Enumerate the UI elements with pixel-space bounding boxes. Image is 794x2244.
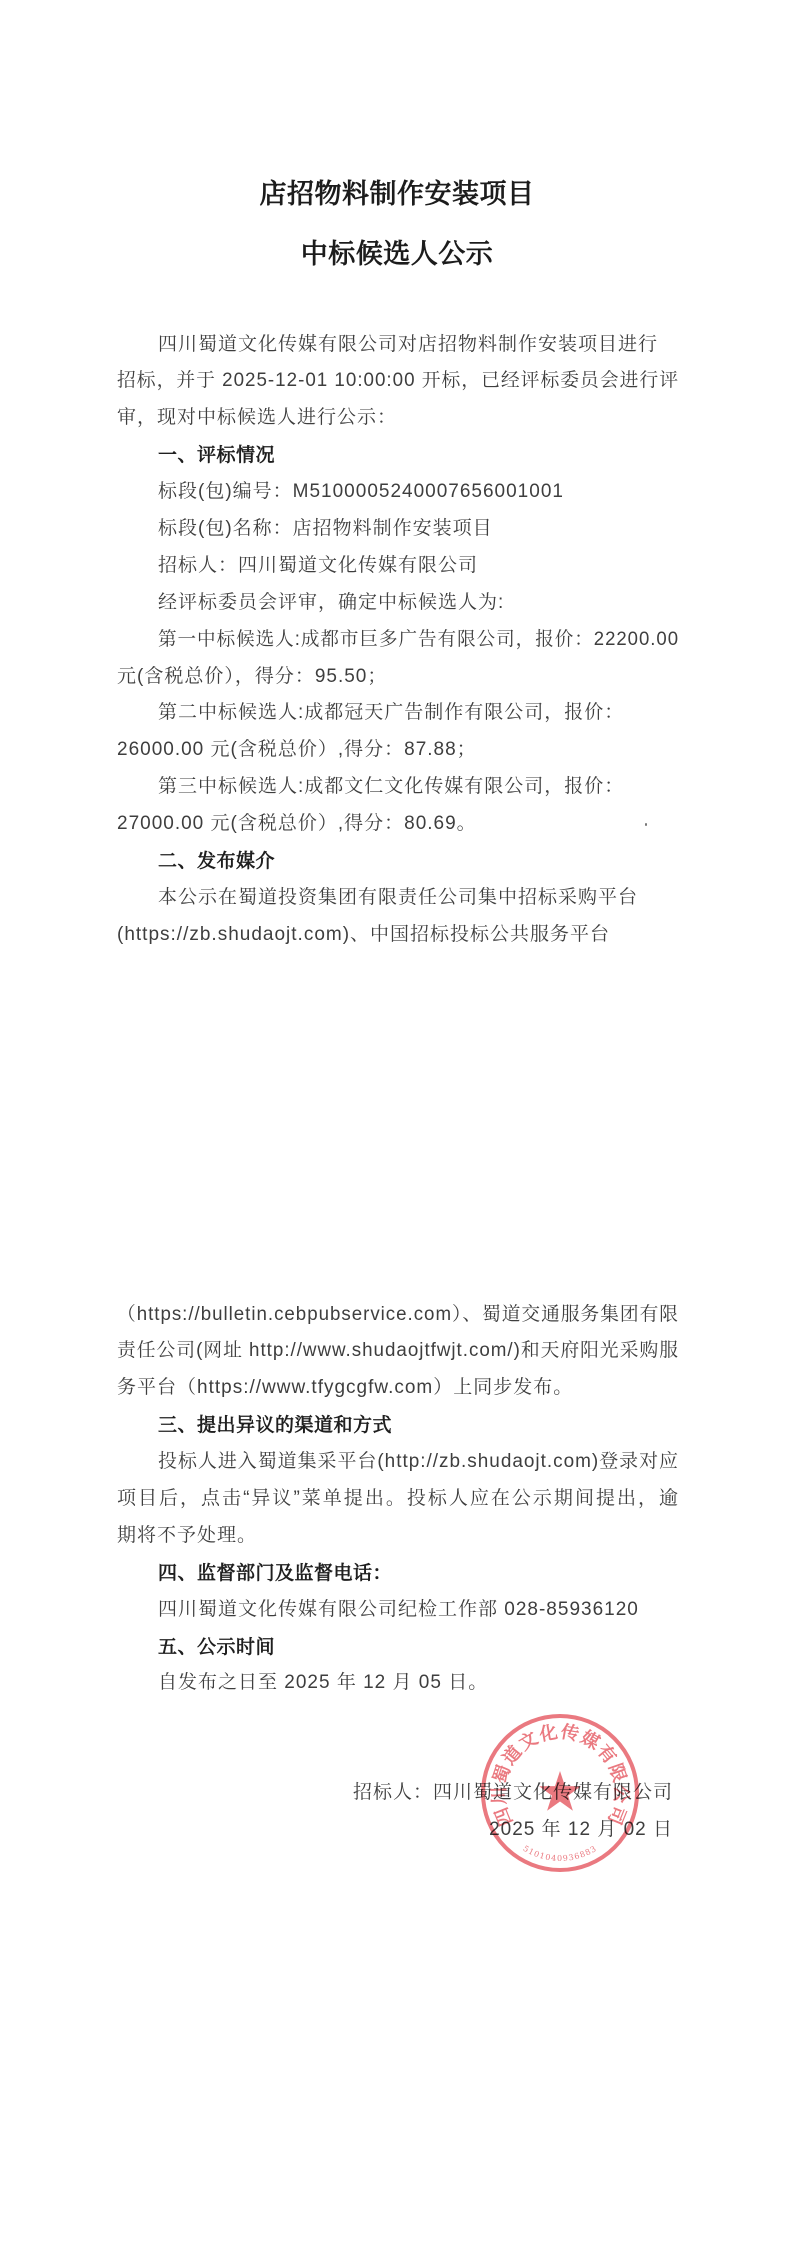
media-line: 责任公司(网址 http://www.shudaojtfwjt.com/)和天府…: [117, 1333, 679, 1370]
section-heading-supervision: 四、监督部门及监督电话：: [117, 1555, 679, 1592]
signature-date: 2025 年 12 月 02 日: [273, 1812, 673, 1849]
supervision-line: 四川蜀道文化传媒有限公司纪检工作部 028-85936120: [117, 1592, 679, 1629]
media-line: （https://bulletin.cebpubservice.com）、蜀道交…: [117, 1297, 679, 1334]
signature-org: 招标人：四川蜀道文化传媒有限公司: [273, 1775, 673, 1812]
document-title: 店招物料制作安装项目: [0, 177, 794, 213]
candidate-3-line-cont: 27000.00 元(含税总价）,得分：80.69。: [117, 806, 679, 843]
section-name-line: 标段(包)名称：店招物料制作安装项目: [117, 511, 679, 548]
candidate-1-line: 第一中标候选人:成都市巨多广告有限公司，报价：22200.00: [117, 622, 679, 659]
publicity-period-line: 自发布之日至 2025 年 12 月 05 日。: [117, 1665, 679, 1702]
candidate-2-line: 第二中标候选人:成都冠天广告制作有限公司，报价：: [117, 695, 679, 732]
section-number-line: 标段(包)编号：M5100005240007656001001: [117, 474, 679, 511]
tenderer-line: 招标人：四川蜀道文化传媒有限公司: [117, 548, 679, 585]
objection-line: 项目后，点击“异议”菜单提出。投标人应在公示期间提出，逾: [117, 1481, 679, 1518]
media-line: (https://zb.shudaojt.com)、中国招标投标公共服务平台: [117, 917, 679, 954]
page-1-body: 四川蜀道文化传媒有限公司对店招物料制作安装项目进行 招标，并于 2025-12-…: [117, 327, 679, 954]
objection-line: 投标人进入蜀道集采平台(http://zb.shudaojt.com)登录对应: [117, 1444, 679, 1481]
intro-line: 招标，并于 2025-12-01 10:00:00 开标，已经评标委员会进行评: [117, 363, 679, 400]
intro-line: 审，现对中标候选人进行公示：: [117, 400, 679, 437]
section-heading-evaluation: 一、评标情况: [117, 437, 679, 474]
scan-artifact-mark: [645, 823, 647, 826]
candidate-2-line-cont: 26000.00 元(含税总价）,得分：87.88；: [117, 732, 679, 769]
media-line: 本公示在蜀道投资集团有限责任公司集中招标采购平台: [117, 880, 679, 917]
candidate-3-line: 第三中标候选人:成都文仁文化传媒有限公司，报价：: [117, 769, 679, 806]
section-heading-media: 二、发布媒介: [117, 843, 679, 880]
objection-line: 期将不予处理。: [117, 1518, 679, 1555]
candidate-1-line-cont: 元(含税总价），得分：95.50；: [117, 659, 679, 696]
media-line: 务平台（https://www.tfygcgfw.com）上同步发布。: [117, 1370, 679, 1407]
evaluation-result-line: 经评标委员会评审，确定中标候选人为:: [117, 585, 679, 622]
section-heading-publicity-period: 五、公示时间: [117, 1629, 679, 1666]
section-heading-objection: 三、提出异议的渠道和方式: [117, 1407, 679, 1444]
intro-line: 四川蜀道文化传媒有限公司对店招物料制作安装项目进行: [117, 327, 679, 364]
document-subtitle: 中标候选人公示: [0, 237, 794, 273]
page-2-body: （https://bulletin.cebpubservice.com）、蜀道交…: [117, 1297, 679, 1703]
